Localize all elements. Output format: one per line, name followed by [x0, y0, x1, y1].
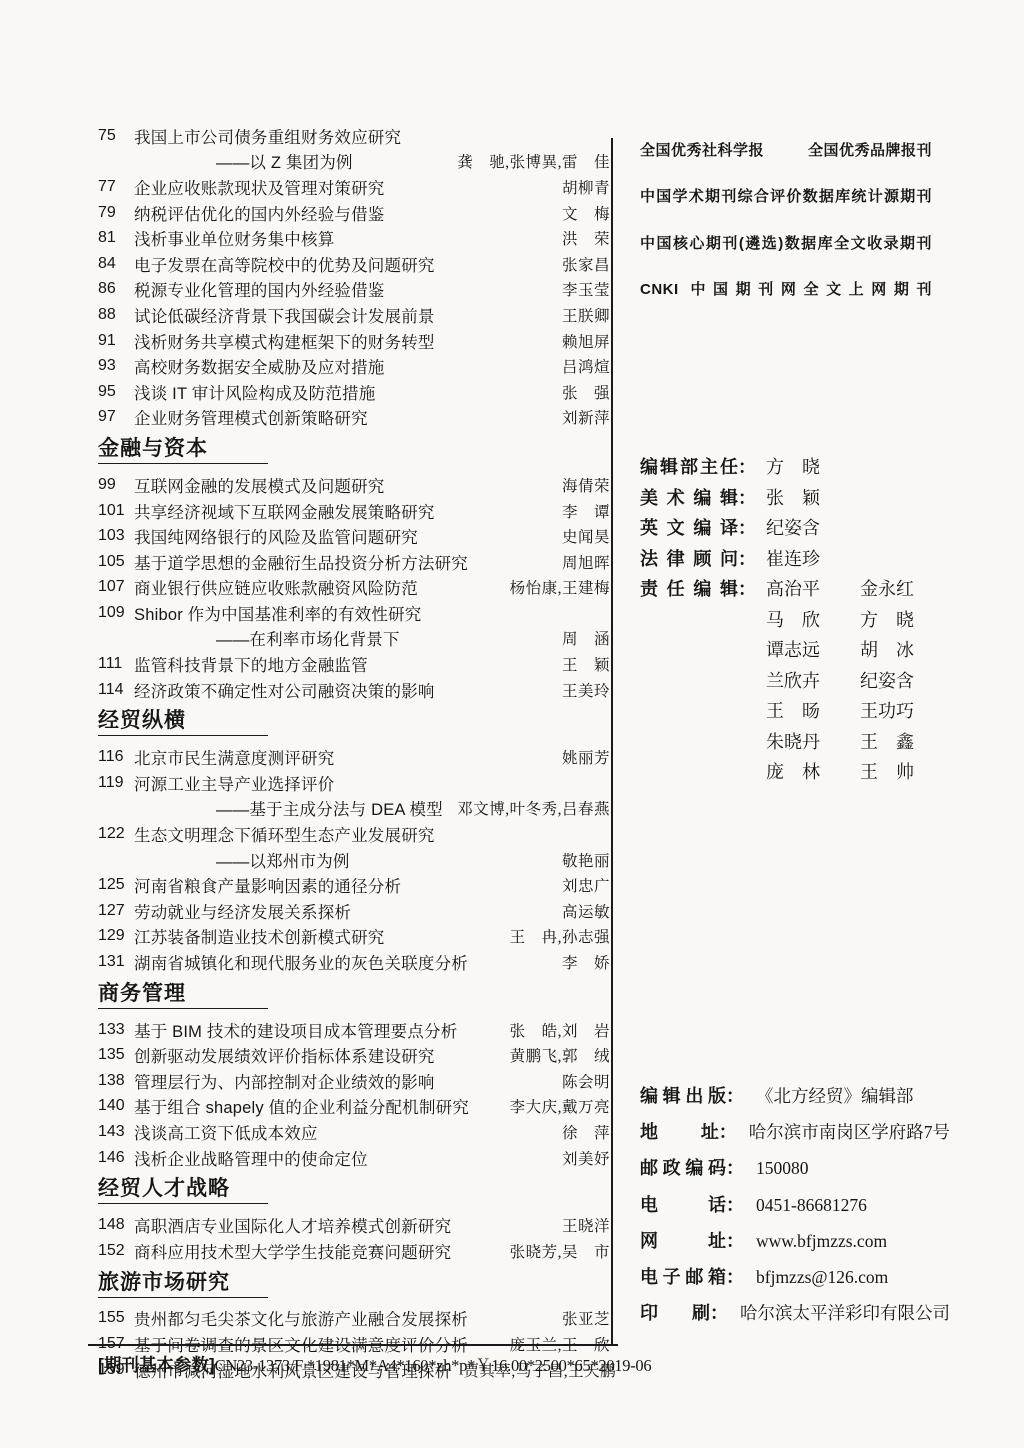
toc-authors: 张亚芝 — [550, 1307, 610, 1329]
masthead-row: 责任编辑 ： 高治平金永红马 欣方 晓谭志远胡 冰兰欣卉纪姿含王 旸王功巧朱晓丹… — [640, 574, 940, 788]
person-name: 方 晓 — [860, 605, 932, 636]
toc-title: 浅谈 IT 审计风险构成及防范措施 — [134, 380, 375, 404]
toc-page-number: 152 — [98, 1242, 134, 1260]
toc-row: 93 高校财务数据安全威胁及应对措施 吕鸿煊 — [98, 353, 610, 379]
parameters-value: CN23-1373/F *1981*M*A4*160*zh*p*￥16.00*2… — [215, 1356, 652, 1375]
toc-title: 我国纯网络银行的风险及监管问题研究 — [134, 524, 418, 548]
toc-row: 155 贵州都匀毛尖茶文化与旅游产业融合发展探析 张亚芝 — [98, 1306, 610, 1332]
toc-page-number: 97 — [98, 408, 134, 426]
accolade-text: CNKI 中国期刊网全文上网期刊 — [640, 278, 932, 299]
toc-authors: 徐 萍 — [550, 1121, 610, 1143]
masthead-names: 崔连珍 — [766, 544, 936, 575]
toc-page-number: 107 — [98, 578, 134, 596]
accolade-text: 中国核心期刊(遴选)数据库全文收录期刊 — [640, 232, 932, 253]
toc-page-number: 155 — [98, 1309, 134, 1327]
toc-row: 77 企业应收账款现状及管理对策研究 胡柳青 — [98, 174, 610, 200]
toc-title: 我国上市公司债务重组财务效应研究 — [134, 124, 401, 148]
toc-row: 148 高职酒店专业国际化人才培养模式创新研究 王晓洋 — [98, 1212, 610, 1238]
toc-authors: 海倩荣 — [550, 474, 610, 496]
toc-authors: 李玉莹 — [550, 278, 610, 300]
toc-row: ——以郑州市为例 敬艳丽 — [98, 847, 610, 873]
person-name: 方 晓 — [766, 452, 838, 483]
toc-authors: 胡柳青 — [550, 176, 610, 198]
toc-page-number: 81 — [98, 229, 134, 247]
toc-title: 税源专业化管理的国内外经验借鉴 — [134, 277, 385, 301]
toc-authors: 王 颖 — [550, 653, 610, 675]
publisher-field-label: 编辑出版 — [640, 1078, 726, 1114]
toc-row: 商务管理 — [98, 975, 610, 1017]
person-name: 金永红 — [860, 574, 932, 605]
masthead-role-label: 法律顾问 — [640, 544, 738, 575]
journal-accolades: 全国优秀社科学报 全国优秀品牌报刊 中国学术期刊综合评价数据库统计源期刊 中国核… — [640, 126, 932, 312]
toc-page-number: 75 — [98, 127, 134, 145]
toc-authors: 周旭晖 — [550, 551, 610, 573]
publisher-field-value: 《北方经贸》编辑部 — [756, 1078, 914, 1114]
publisher-info: 编辑出版 ： 《北方经贸》编辑部 地址 ： 哈尔滨市南岗区学府路7号 邮政编码 … — [640, 1078, 950, 1331]
toc-row: 114 经济政策不确定性对公司融资决策的影响 王美玲 — [98, 677, 610, 703]
toc-authors: 陈会明 — [550, 1070, 610, 1092]
toc-row: 119 河源工业主导产业选择评价 — [98, 770, 610, 796]
toc-title: 基于 BIM 技术的建设项目成本管理要点分析 — [134, 1018, 457, 1042]
publisher-field-value: 150080 — [756, 1150, 809, 1186]
toc-row: 95 浅谈 IT 审计风险构成及防范措施 张 强 — [98, 379, 610, 405]
toc-row: 103 我国纯网络银行的风险及监管问题研究 史闻昊 — [98, 523, 610, 549]
publisher-field-value: 0451-86681276 — [756, 1187, 867, 1223]
toc-title: 商科应用技术型大学学生技能竞赛问题研究 — [134, 1239, 451, 1263]
toc-authors: 赖旭屏 — [550, 330, 610, 352]
toc-authors: 张 强 — [550, 381, 610, 403]
toc-authors: 史闻昊 — [550, 525, 610, 547]
toc-title: 创新驱动发展绩效评价指标体系建设研究 — [134, 1043, 435, 1067]
toc-row: 138 管理层行为、内部控制对企业绩效的影响 陈会明 — [98, 1068, 610, 1094]
toc-page-number: 103 — [98, 527, 134, 545]
toc-page-number: 93 — [98, 357, 134, 375]
toc-authors: 刘美妤 — [550, 1147, 610, 1169]
masthead-names: 方 晓 — [766, 452, 936, 483]
toc-row: 101 共享经济视域下互联网金融发展策略研究 李 谭 — [98, 498, 610, 524]
toc-page-number: 101 — [98, 502, 134, 520]
toc-title: 浅析事业单位财务集中核算 — [134, 226, 334, 250]
toc-title: 商业银行供应链应收账款融资风险防范 — [134, 575, 418, 599]
toc-title: 浅析财务共享模式构建框架下的财务转型 — [134, 329, 435, 353]
masthead-role-label: 英文编译 — [640, 513, 738, 544]
publisher-field-label: 印刷 — [640, 1295, 710, 1331]
publisher-field-value: 哈尔滨市南岗区学府路7号 — [749, 1114, 950, 1150]
toc-title: Shibor 作为中国基准利率的有效性研究 — [134, 601, 421, 625]
toc-page-number: 116 — [98, 748, 134, 766]
colon-separator: ： — [710, 1295, 728, 1331]
colon-separator: ： — [738, 483, 756, 514]
person-name: 张 颖 — [766, 483, 838, 514]
toc-authors: 王朕卿 — [550, 304, 610, 326]
person-name: 王 帅 — [860, 757, 932, 788]
publisher-field-label: 网址 — [640, 1223, 726, 1259]
person-name: 纪姿含 — [766, 513, 838, 544]
toc-row: 88 试论低碳经济背景下我国碳会计发展前景 王朕卿 — [98, 302, 610, 328]
masthead-row: 美术编辑 ： 张 颖 — [640, 483, 940, 514]
toc-title: ——以 Z 集团为例 — [216, 149, 353, 173]
publisher-field-label: 地址 — [640, 1114, 719, 1150]
toc-row: 125 河南省粮食产量影响因素的通径分析 刘忠广 — [98, 872, 610, 898]
person-name: 崔连珍 — [766, 544, 838, 575]
publisher-row: 地址 ： 哈尔滨市南岗区学府路7号 — [640, 1114, 950, 1150]
toc-row: 旅游市场研究 — [98, 1264, 610, 1306]
publisher-row: 印刷 ： 哈尔滨太平洋彩印有限公司 — [640, 1295, 950, 1331]
toc-title: 监管科技背景下的地方金融监管 — [134, 652, 368, 676]
toc-title: 电子发票在高等院校中的优势及问题研究 — [134, 252, 435, 276]
toc-title: 企业应收账款现状及管理对策研究 — [134, 175, 385, 199]
toc-title: 旅游市场研究 — [98, 1271, 230, 1294]
toc-authors: 刘忠广 — [550, 874, 610, 896]
person-name: 兰欣卉 — [766, 666, 838, 697]
toc-page-number: 122 — [98, 825, 134, 843]
masthead-role-label: 编辑部主任 — [640, 452, 738, 483]
column-divider-line — [611, 138, 613, 1344]
toc-authors: 周 涵 — [550, 627, 610, 649]
person-name: 谭志远 — [766, 635, 838, 666]
masthead-role-label: 责任编辑 — [640, 574, 738, 605]
toc-page-number: 125 — [98, 876, 134, 894]
toc-page-number: 111 — [98, 655, 134, 673]
toc-row: 86 税源专业化管理的国内外经验借鉴 李玉莹 — [98, 277, 610, 303]
toc-row: 146 浅析企业战略管理中的使命定位 刘美妤 — [98, 1145, 610, 1171]
masthead-row: 编辑部主任 ： 方 晓 — [640, 452, 940, 483]
publisher-row: 网址 ： www.bfjmzzs.com — [640, 1223, 950, 1259]
toc-row: 127 劳动就业与经济发展关系探析 高运敏 — [98, 898, 610, 924]
masthead-names: 高治平金永红马 欣方 晓谭志远胡 冰兰欣卉纪姿含王 旸王功巧朱晓丹王 鑫庞 林王… — [766, 574, 936, 788]
toc-page-number: 129 — [98, 927, 134, 945]
toc-title: 北京市民生满意度测评研究 — [134, 745, 334, 769]
publisher-row: 编辑出版 ： 《北方经贸》编辑部 — [640, 1078, 950, 1114]
toc-page-number: 131 — [98, 953, 134, 971]
accolade-right: 全国优秀品牌报刊 — [808, 139, 932, 160]
toc-authors: 杨怡康,王建梅 — [498, 576, 610, 598]
toc-title: 试论低碳经济背景下我国碳会计发展前景 — [134, 303, 435, 327]
toc-page-number: 138 — [98, 1072, 134, 1090]
colon-separator: ： — [738, 513, 756, 544]
toc-title: 河南省粮食产量影响因素的通径分析 — [134, 873, 401, 897]
toc-row: ——在利率市场化背景下 周 涵 — [98, 626, 610, 652]
toc-row: 金融与资本 — [98, 430, 610, 472]
toc-authors: 李 娇 — [550, 951, 610, 973]
person-name: 王功巧 — [860, 696, 932, 727]
colon-separator: ： — [738, 574, 756, 605]
toc-title: 经济政策不确定性对公司融资决策的影响 — [134, 678, 435, 702]
toc-row: 152 商科应用技术型大学学生技能竞赛问题研究 张晓芳,吴 市 — [98, 1238, 610, 1264]
toc-authors: 龚 驰,张博異,雷 佳 — [445, 150, 610, 172]
toc-row: 经贸纵横 — [98, 702, 610, 744]
toc-page-number: 91 — [98, 332, 134, 350]
toc-authors: 高运敏 — [550, 900, 610, 922]
colon-separator: ： — [726, 1223, 744, 1259]
toc-title: 浅析企业战略管理中的使命定位 — [134, 1146, 368, 1170]
toc-page-number: 133 — [98, 1021, 134, 1039]
toc-row: 91 浅析财务共享模式构建框架下的财务转型 赖旭屏 — [98, 328, 610, 354]
toc-title: 河源工业主导产业选择评价 — [134, 771, 334, 795]
toc-title: 贵州都匀毛尖茶文化与旅游产业融合发展探析 — [134, 1306, 468, 1330]
toc-row: 129 江苏装备制造业技术创新模式研究 王 冉,孙志强 — [98, 924, 610, 950]
toc-authors: 敬艳丽 — [550, 849, 610, 871]
accolade-text: 中国学术期刊综合评价数据库统计源期刊 — [640, 185, 932, 206]
toc-page-number: 79 — [98, 204, 134, 222]
toc-authors: 王晓洋 — [550, 1214, 610, 1236]
toc-authors: 张晓芳,吴 市 — [498, 1240, 610, 1262]
toc-row: 105 基于道学思想的金融衍生品投资分析方法研究 周旭晖 — [98, 549, 610, 575]
toc-title: 高校财务数据安全威胁及应对措施 — [134, 354, 385, 378]
publisher-field-label: 电话 — [640, 1187, 726, 1223]
toc-authors: 张家昌 — [550, 253, 610, 275]
person-name: 朱晓丹 — [766, 727, 838, 758]
toc-row: ——以 Z 集团为例 龚 驰,张博異,雷 佳 — [98, 149, 610, 175]
colon-separator: ： — [738, 544, 756, 575]
toc-page-number: 148 — [98, 1216, 134, 1234]
toc-title: ——以郑州市为例 — [216, 848, 350, 872]
toc-row: 116 北京市民生满意度测评研究 姚丽芳 — [98, 744, 610, 770]
toc-authors: 刘新萍 — [550, 406, 610, 428]
toc-authors: 李 谭 — [550, 500, 610, 522]
toc-authors: 王美玲 — [550, 679, 610, 701]
toc-title: 经贸人才战略 — [98, 1177, 230, 1200]
toc-title: 基于道学思想的金融衍生品投资分析方法研究 — [134, 550, 468, 574]
toc-row: ——基于主成分法与 DEA 模型 邓文博,叶冬秀,吕春燕 — [98, 796, 610, 822]
publisher-row: 邮政编码 ： 150080 — [640, 1150, 950, 1186]
colon-separator: ： — [719, 1114, 737, 1150]
person-name: 王 旸 — [766, 696, 838, 727]
accolade-row: 中国核心期刊(遴选)数据库全文收录期刊 — [640, 219, 932, 266]
toc-page-number: 140 — [98, 1097, 134, 1115]
masthead-names: 张 颖 — [766, 483, 936, 514]
toc-title: 基于组合 shapely 值的企业利益分配机制研究 — [134, 1094, 469, 1118]
toc-row: 111 监管科技背景下的地方金融监管 王 颖 — [98, 651, 610, 677]
journal-parameters-line: [期刊基本参数]CN23-1373/F *1981*M*A4*160*zh*p*… — [98, 1352, 638, 1377]
toc-row: 122 生态文明理念下循环型生态产业发展研究 — [98, 821, 610, 847]
toc-column: 75 我国上市公司债务重组财务效应研究 ——以 Z 集团为例 龚 驰,张博異,雷… — [98, 123, 610, 1382]
publisher-field-value: 哈尔滨太平洋彩印有限公司 — [740, 1295, 950, 1331]
masthead-row: 英文编译 ： 纪姿含 — [640, 513, 940, 544]
toc-row: 81 浅析事业单位财务集中核算 洪 荣 — [98, 225, 610, 251]
toc-page-number: 135 — [98, 1046, 134, 1064]
publisher-field-label: 电子邮箱 — [640, 1259, 726, 1295]
footer-rule-line — [88, 1344, 618, 1346]
toc-page-number: 86 — [98, 280, 134, 298]
toc-row: 107 商业银行供应链应收账款融资风险防范 杨怡康,王建梅 — [98, 575, 610, 601]
toc-authors: 洪 荣 — [550, 227, 610, 249]
toc-title: ——在利率市场化背景下 — [216, 626, 400, 650]
accolade-row: CNKI 中国期刊网全文上网期刊 — [640, 266, 932, 313]
toc-title: 金融与资本 — [98, 437, 208, 460]
publisher-row: 电话 ： 0451-86681276 — [640, 1187, 950, 1223]
journal-contents-page: { "punct": { "colon": "：" }, "accolade_r… — [0, 0, 1024, 1448]
toc-row: 99 互联网金融的发展模式及问题研究 海倩荣 — [98, 472, 610, 498]
toc-page-number: 109 — [98, 604, 134, 622]
colon-separator: ： — [726, 1078, 744, 1114]
toc-row: 140 基于组合 shapely 值的企业利益分配机制研究 李大庆,戴万亮 — [98, 1094, 610, 1120]
toc-page-number: 84 — [98, 255, 134, 273]
toc-authors: 黄鹏飞,郭 绒 — [498, 1044, 610, 1066]
person-name: 高治平 — [766, 574, 838, 605]
toc-row: 79 纳税评估优化的国内外经验与借鉴 文 梅 — [98, 200, 610, 226]
toc-page-number: 95 — [98, 383, 134, 401]
parameters-prefix: [期刊基本参数] — [98, 1355, 215, 1375]
toc-row: 135 创新驱动发展绩效评价指标体系建设研究 黄鹏飞,郭 绒 — [98, 1042, 610, 1068]
masthead-names: 纪姿含 — [766, 513, 936, 544]
toc-title: 管理层行为、内部控制对企业绩效的影响 — [134, 1069, 435, 1093]
toc-page-number: 146 — [98, 1149, 134, 1167]
toc-title: 劳动就业与经济发展关系探析 — [134, 899, 351, 923]
accolade-left: 全国优秀社科学报 — [640, 139, 764, 160]
toc-title: 企业财务管理模式创新策略研究 — [134, 405, 368, 429]
colon-separator: ： — [738, 452, 756, 483]
toc-title: 纳税评估优化的国内外经验与借鉴 — [134, 201, 385, 225]
toc-authors: 姚丽芳 — [550, 746, 610, 768]
editorial-masthead: 编辑部主任 ： 方 晓 美术编辑 ： 张 颖 英文编译 ： 纪姿含 法律顾问 ：… — [640, 452, 940, 788]
masthead-role-label: 美术编辑 — [640, 483, 738, 514]
toc-title: 江苏装备制造业技术创新模式研究 — [134, 924, 385, 948]
toc-page-number: 77 — [98, 178, 134, 196]
toc-title: ——基于主成分法与 DEA 模型 — [216, 796, 443, 820]
toc-row: 97 企业财务管理模式创新策略研究 刘新萍 — [98, 405, 610, 431]
toc-title: 生态文明理念下循环型生态产业发展研究 — [134, 822, 435, 846]
toc-title: 经贸纵横 — [98, 709, 186, 732]
person-name: 纪姿含 — [860, 666, 932, 697]
toc-page-number: 88 — [98, 306, 134, 324]
toc-row: 109 Shibor 作为中国基准利率的有效性研究 — [98, 600, 610, 626]
publisher-field-value: bfjmzzs@126.com — [756, 1259, 888, 1295]
toc-row: 143 浅谈高工资下低成本效应 徐 萍 — [98, 1119, 610, 1145]
toc-authors: 文 梅 — [550, 202, 610, 224]
person-name: 胡 冰 — [860, 635, 932, 666]
accolade-row: 全国优秀社科学报 全国优秀品牌报刊 — [640, 126, 932, 173]
publisher-field-label: 邮政编码 — [640, 1150, 726, 1186]
accolade-row: 中国学术期刊综合评价数据库统计源期刊 — [640, 173, 932, 220]
toc-title: 浅谈高工资下低成本效应 — [134, 1120, 318, 1144]
toc-row: 84 电子发票在高等院校中的优势及问题研究 张家昌 — [98, 251, 610, 277]
toc-title: 共享经济视域下互联网金融发展策略研究 — [134, 499, 435, 523]
toc-page-number: 105 — [98, 553, 134, 571]
colon-separator: ： — [726, 1259, 744, 1295]
colon-separator: ： — [726, 1187, 744, 1223]
publisher-row: 电子邮箱 ： bfjmzzs@126.com — [640, 1259, 950, 1295]
person-name: 庞 林 — [766, 757, 838, 788]
toc-page-number: 119 — [98, 774, 134, 792]
toc-authors: 王 冉,孙志强 — [498, 925, 610, 947]
masthead-row: 法律顾问 ： 崔连珍 — [640, 544, 940, 575]
toc-row: 133 基于 BIM 技术的建设项目成本管理要点分析 张 皓,刘 岩 — [98, 1017, 610, 1043]
toc-page-number: 114 — [98, 681, 134, 699]
toc-authors: 邓文博,叶冬秀,吕春燕 — [445, 797, 610, 819]
toc-page-number: 127 — [98, 902, 134, 920]
person-name: 马 欣 — [766, 605, 838, 636]
toc-title: 互联网金融的发展模式及问题研究 — [134, 473, 385, 497]
toc-title: 商务管理 — [98, 982, 186, 1005]
toc-authors: 李大庆,戴万亮 — [498, 1095, 610, 1117]
toc-title: 湖南省城镇化和现代服务业的灰色关联度分析 — [134, 950, 468, 974]
toc-page-number: 143 — [98, 1123, 134, 1141]
publisher-field-value: www.bfjmzzs.com — [756, 1223, 887, 1259]
person-name: 王 鑫 — [860, 727, 932, 758]
toc-row: 75 我国上市公司债务重组财务效应研究 — [98, 123, 610, 149]
toc-row: 131 湖南省城镇化和现代服务业的灰色关联度分析 李 娇 — [98, 949, 610, 975]
toc-row: 经贸人才战略 — [98, 1170, 610, 1212]
toc-page-number: 99 — [98, 476, 134, 494]
colon-separator: ： — [726, 1150, 744, 1186]
toc-authors: 吕鸿煊 — [550, 355, 610, 377]
toc-title: 高职酒店专业国际化人才培养模式创新研究 — [134, 1213, 451, 1237]
toc-authors: 张 皓,刘 岩 — [498, 1019, 610, 1041]
